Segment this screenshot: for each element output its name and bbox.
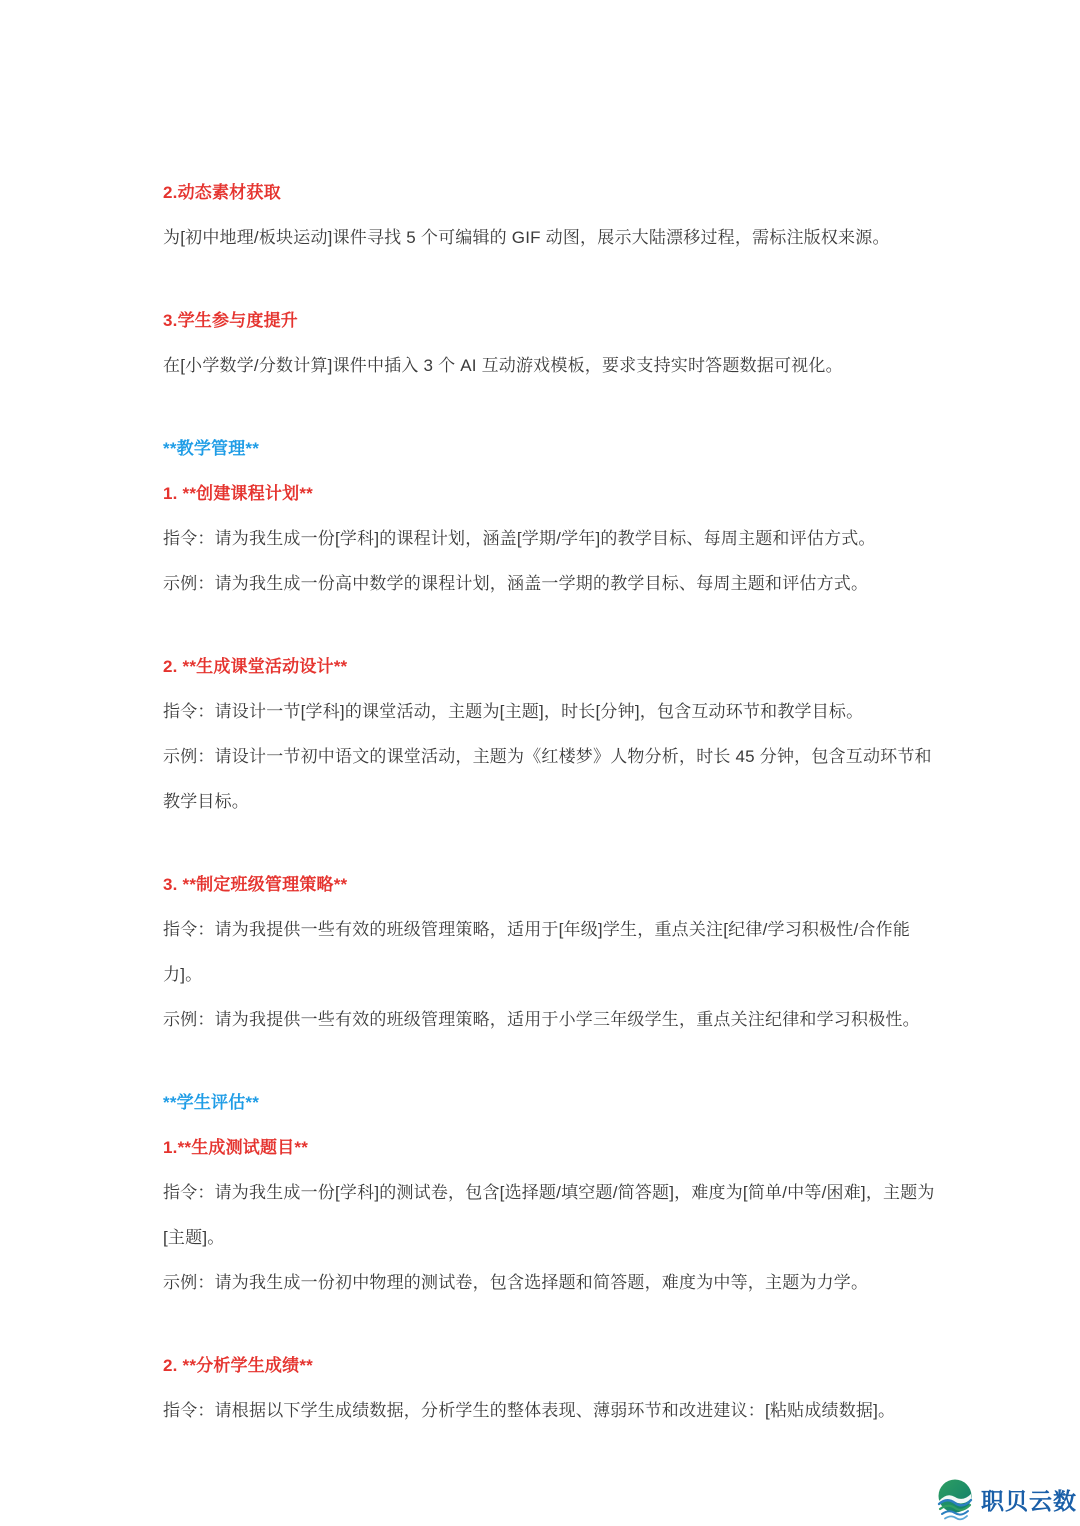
instruction-analyze-scores: 指令：请根据以下学生成绩数据，分析学生的整体表现、薄弱环节和改进建议：[粘贴成绩… xyxy=(163,1388,935,1433)
heading-student-assessment: **学生评估** xyxy=(163,1080,935,1125)
heading-analyze-scores: 2. **分析学生成绩** xyxy=(163,1343,935,1388)
instruction-course-plan: 指令：请为我生成一份[学科]的课程计划，涵盖[学期/学年]的教学目标、每周主题和… xyxy=(163,516,935,561)
document-content: 2.动态素材获取 为[初中地理/板块运动]课件寻找 5 个可编辑的 GIF 动图… xyxy=(163,170,935,1433)
instruction-class-management: 指令：请为我提供一些有效的班级管理策略，适用于[年级]学生，重点关注[纪律/学习… xyxy=(163,907,935,997)
example-class-management: 示例：请为我提供一些有效的班级管理策略，适用于小学三年级学生，重点关注纪律和学习… xyxy=(163,997,935,1042)
heading-student-engagement: 3.学生参与度提升 xyxy=(163,298,935,343)
zhibei-globe-wave-icon xyxy=(934,1477,976,1521)
document-page: 2.动态素材获取 为[初中地理/板块运动]课件寻找 5 个可编辑的 GIF 动图… xyxy=(0,0,1080,1526)
brand-watermark: 职贝云数 xyxy=(934,1477,1077,1521)
heading-dynamic-material: 2.动态素材获取 xyxy=(163,170,935,215)
prompt-gif-animation: 为[初中地理/板块运动]课件寻找 5 个可编辑的 GIF 动图，展示大陆漂移过程… xyxy=(163,215,935,260)
prompt-ai-game-template: 在[小学数学/分数计算]课件中插入 3 个 AI 互动游戏模板，要求支持实时答题… xyxy=(163,343,935,388)
example-class-activity: 示例：请设计一节初中语文的课堂活动，主题为《红楼梦》人物分析，时长 45 分钟，… xyxy=(163,734,935,824)
heading-teaching-management: **教学管理** xyxy=(163,426,935,471)
instruction-generate-test: 指令：请为我生成一份[学科]的测试卷，包含[选择题/填空题/简答题]，难度为[简… xyxy=(163,1170,935,1260)
heading-class-management: 3. **制定班级管理策略** xyxy=(163,862,935,907)
heading-class-activity-design: 2. **生成课堂活动设计** xyxy=(163,644,935,689)
example-course-plan: 示例：请为我生成一份高中数学的课程计划，涵盖一学期的教学目标、每周主题和评估方式… xyxy=(163,561,935,606)
instruction-class-activity: 指令：请设计一节[学科]的课堂活动，主题为[主题]，时长[分钟]，包含互动环节和… xyxy=(163,689,935,734)
brand-name: 职贝云数 xyxy=(981,1483,1077,1516)
example-generate-test: 示例：请为我生成一份初中物理的测试卷，包含选择题和简答题，难度为中等，主题为力学… xyxy=(163,1260,935,1305)
heading-generate-test: 1.**生成测试题目** xyxy=(163,1125,935,1170)
heading-create-course-plan: 1. **创建课程计划** xyxy=(163,471,935,516)
